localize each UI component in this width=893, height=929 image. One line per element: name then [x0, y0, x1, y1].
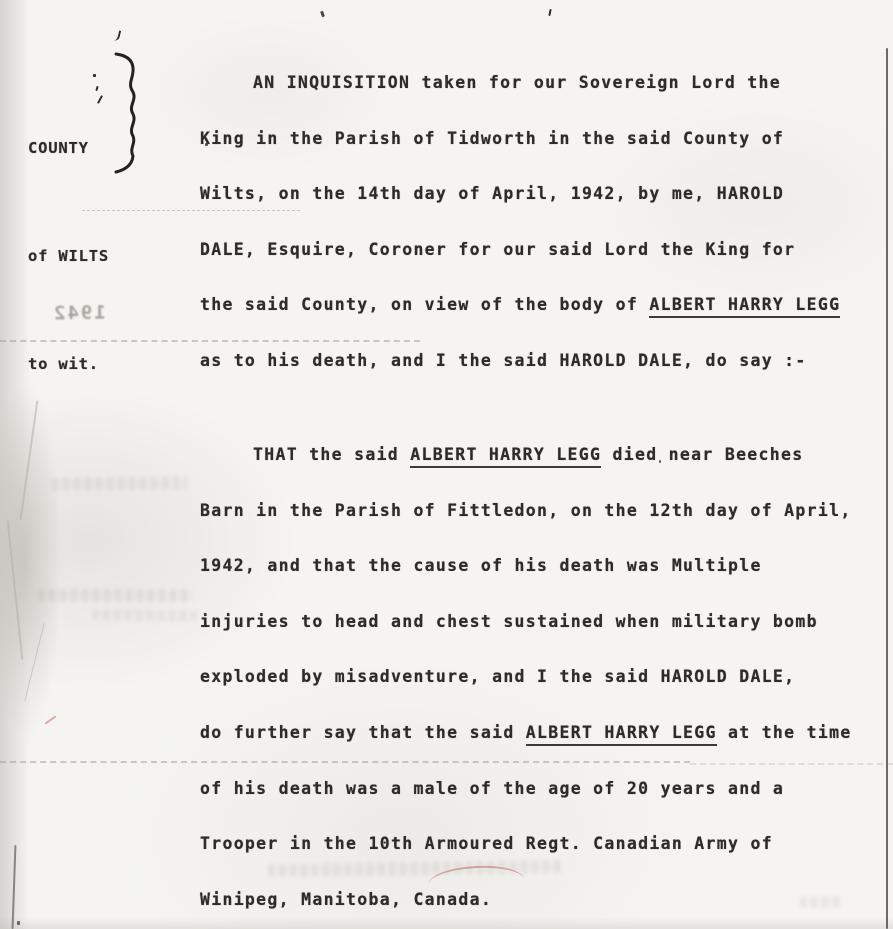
text-line: AN INQUISITION taken for our Sovereign L…: [200, 55, 840, 111]
ink-speck: [113, 29, 121, 41]
bleed-through-smudge: [800, 896, 842, 908]
fold-crease-line: [690, 763, 893, 765]
deceased-name-underlined: ALBERT HARRY LEGG: [649, 295, 840, 318]
ink-speck: [93, 74, 96, 77]
line-text: King in the Parish of Tidworth in the sa…: [200, 129, 784, 148]
ink-speck: [320, 11, 325, 18]
ink-speck: [205, 143, 208, 146]
paper-crease-line: [12, 845, 17, 929]
text-line: DALE, Esquire, Coroner for our said Lord…: [200, 222, 840, 278]
paragraph-inquisition: AN INQUISITION taken for our Sovereign L…: [200, 55, 840, 389]
bleed-through-smudge: [38, 589, 193, 602]
text-line: of his death was a male of the age of 20…: [200, 761, 852, 817]
text-line: 1942, and that the cause of his death wa…: [200, 538, 852, 594]
text-line: Winipeg, Manitoba, Canada.: [200, 872, 852, 928]
fold-crease-line: [82, 210, 300, 211]
fold-crease-line: [0, 761, 690, 763]
paragraph-findings: THAT the said ALBERT HARRY LEGG died nea…: [200, 427, 852, 927]
line-text: at the time: [717, 723, 852, 742]
line-text: 1942, and that the cause of his death wa…: [200, 556, 762, 575]
margin-label-line-2: of WILTS: [28, 238, 109, 274]
line-text: Trooper in the 10th Armoured Regt. Canad…: [200, 834, 773, 853]
line-text: as to his death, and I the said HAROLD D…: [200, 351, 807, 370]
bleed-through-text: 1942: [52, 302, 106, 325]
scan-edge-line: [886, 48, 888, 929]
margin-label-line-1: COUNTY: [28, 130, 109, 166]
bleed-through-smudge: [92, 609, 197, 621]
line-text: Barn in the Parish of Fittledon, on the …: [200, 501, 852, 520]
text-line: injuries to head and chest sustained whe…: [200, 594, 852, 650]
deceased-name-underlined: ALBERT HARRY LEGG: [526, 723, 717, 746]
line-text: the said County, on view of the body of: [200, 295, 649, 314]
curly-brace-mark: [110, 50, 144, 176]
text-line: Barn in the Parish of Fittledon, on the …: [200, 483, 852, 539]
text-line: the said County, on view of the body of …: [200, 277, 840, 333]
text-line: King in the Parish of Tidworth in the sa…: [200, 111, 840, 167]
line-text: Winipeg, Manitoba, Canada.: [200, 890, 492, 909]
line-text: Wilts, on the 14th day of April, 1942, b…: [200, 184, 784, 203]
ink-speck: [17, 921, 20, 925]
fold-crease-line: [0, 340, 420, 342]
scanned-document-page: COUNTY of WILTS to wit. AN INQUISITION t…: [0, 0, 893, 929]
text-line: do further say that the said ALBERT HARR…: [200, 705, 852, 761]
bleed-through-smudge: [52, 476, 187, 490]
margin-label-line-3: to wit.: [28, 346, 109, 382]
line-text: DALE, Esquire, Coroner for our said Lord…: [200, 240, 795, 259]
line-text: AN INQUISITION taken for our Sovereign L…: [253, 73, 781, 92]
line-text: of his death was a male of the age of 20…: [200, 779, 784, 798]
line-text: injuries to head and chest sustained whe…: [200, 612, 818, 631]
text-line: exploded by misadventure, and I the said…: [200, 649, 852, 705]
ink-speck: [548, 9, 551, 16]
text-line: THAT the said ALBERT HARRY LEGG died nea…: [200, 427, 852, 483]
line-text: THAT the said: [253, 445, 410, 464]
line-text: died near Beeches: [601, 445, 803, 464]
text-line: Wilts, on the 14th day of April, 1942, b…: [200, 166, 840, 222]
line-text: do further say that the said: [200, 723, 526, 742]
ink-speck: [659, 460, 661, 463]
line-text: exploded by misadventure, and I the said…: [200, 667, 795, 686]
deceased-name-underlined: ALBERT HARRY LEGG: [410, 445, 601, 468]
